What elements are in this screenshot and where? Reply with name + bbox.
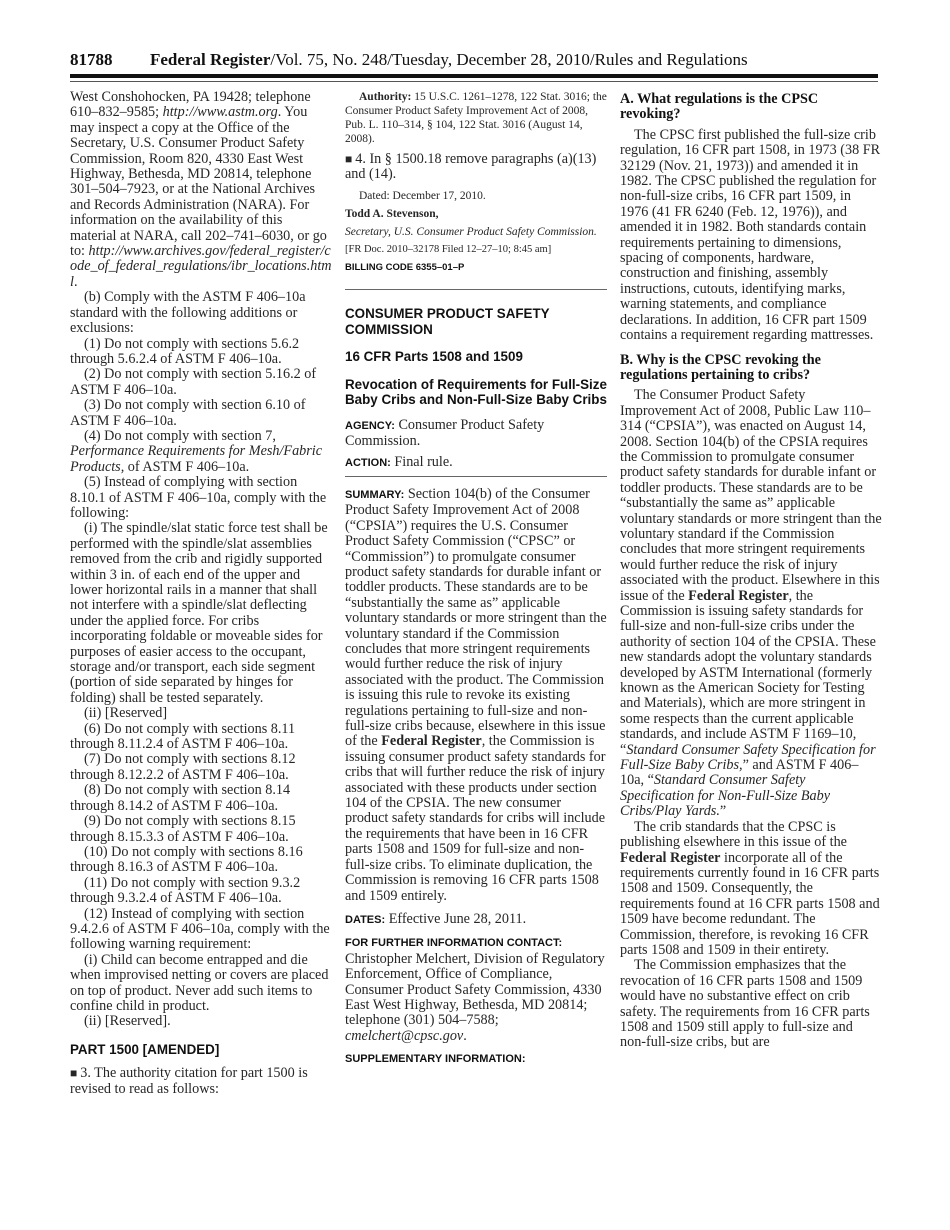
column-2: Authority: 15 U.S.C. 1261–1278, 122 Stat… (345, 90, 607, 1068)
column-3: A. What regulations is the CPSC revoking… (620, 90, 882, 1051)
item-9: (9) Do not comply with sections 8.15 thr… (70, 814, 332, 845)
document-title: Revocation of Requirements for Full-Size… (345, 377, 607, 408)
square-bullet-icon: ■ (345, 152, 355, 166)
part-1500-heading: PART 1500 [AMENDED] (70, 1042, 332, 1058)
item-12-ii: (ii) [Reserved]. (70, 1014, 332, 1029)
item-1: (1) Do not comply with sections 5.6.2 th… (70, 337, 332, 368)
signer-title: Secretary, U.S. Consumer Product Safety … (345, 225, 607, 239)
contact-label: FOR FURTHER INFORMATION CONTACT: (345, 936, 607, 951)
agency-line: AGENCY: Consumer Product Safety Commissi… (345, 418, 607, 450)
contact-paragraph: Christopher Melchert, Division of Regula… (345, 952, 607, 1044)
dates-line: DATES: Effective June 28, 2011. (345, 912, 607, 928)
dated-line: Dated: December 17, 2010. (345, 189, 607, 203)
astm-link[interactable]: http://www.astm.org (163, 104, 278, 120)
item-12-i: (i) Child can become entrapped and die w… (70, 953, 332, 1015)
item-2: (2) Do not comply with section 5.16.2 of… (70, 367, 332, 398)
item-8: (8) Do not comply with section 8.14 thro… (70, 783, 332, 814)
item-7: (7) Do not comply with sections 8.12 thr… (70, 752, 332, 783)
section-b-paragraph-1: The Consumer Product Safety Improvement … (620, 388, 882, 819)
summary-paragraph: SUMMARY: Section 104(b) of the Consumer … (345, 487, 607, 904)
contact-email-link[interactable]: cmelchert@cpsc.gov (345, 1028, 463, 1044)
issue-date: Tuesday, December 28, 2010 (392, 50, 590, 69)
page-number: 81788 (70, 50, 150, 70)
nara-link[interactable]: http://www.archives.gov/federal_register… (70, 243, 332, 290)
section-b-paragraph-2: The crib standards that the CPSC is publ… (620, 820, 882, 959)
cfr-heading: 16 CFR Parts 1508 and 1509 (345, 349, 607, 365)
amendment-4: ■ 4. In § 1500.18 remove paragraphs (a)(… (345, 152, 607, 183)
header-rule-thin (70, 81, 878, 82)
supplementary-label: SUPPLEMENTARY INFORMATION: (345, 1052, 607, 1067)
section-a-heading: A. What regulations is the CPSC revoking… (620, 92, 882, 123)
section-b-heading: B. Why is the CPSC revoking the regulati… (620, 353, 882, 384)
section-b-paragraph-3: The Commission emphasizes that the revoc… (620, 958, 882, 1050)
item-5-i: (i) The spindle/slat static force test s… (70, 521, 332, 706)
item-6: (6) Do not comply with sections 8.11 thr… (70, 722, 332, 753)
item-5-ii: (ii) [Reserved] (70, 706, 332, 721)
signer-name: Todd A. Stevenson, (345, 207, 607, 221)
header-rule-thick (70, 74, 878, 78)
amendment-3: ■ 3. The authority citation for part 150… (70, 1066, 332, 1097)
summary-divider (345, 476, 607, 477)
item-11: (11) Do not comply with section 9.3.2 th… (70, 876, 332, 907)
publication-name: Federal Register (150, 50, 270, 69)
fr-doc-line: [FR Doc. 2010–32178 Filed 12–27–10; 8:45… (345, 243, 607, 256)
billing-code: BILLING CODE 6355–01–P (345, 260, 607, 275)
section-name: Rules and Regulations (595, 50, 748, 69)
section-a-paragraph: The CPSC first published the full-size c… (620, 128, 882, 344)
agency-heading: CONSUMER PRODUCT SAFETY COMMISSION (345, 306, 607, 337)
incorporation-paragraph: West Conshohocken, PA 19428; telephone 6… (70, 90, 332, 290)
item-10: (10) Do not comply with sections 8.16 th… (70, 845, 332, 876)
volume-info: Vol. 75, No. 248 (275, 50, 387, 69)
paragraph-b: (b) Comply with the ASTM F 406–10a stand… (70, 290, 332, 336)
item-3: (3) Do not comply with section 6.10 of A… (70, 398, 332, 429)
square-bullet-icon: ■ (70, 1066, 80, 1080)
action-line: ACTION: Final rule. (345, 455, 607, 471)
page-header: 81788Federal Register/Vol. 75, No. 248/T… (70, 50, 878, 72)
item-5: (5) Instead of complying with section 8.… (70, 475, 332, 521)
authority-citation: Authority: 15 U.S.C. 1261–1278, 122 Stat… (345, 90, 607, 146)
column-1: West Conshohocken, PA 19428; telephone 6… (70, 90, 332, 1097)
item-12: (12) Instead of complying with section 9… (70, 907, 332, 953)
item-4: (4) Do not comply with section 7, Perfor… (70, 429, 332, 475)
document-divider (345, 289, 607, 290)
